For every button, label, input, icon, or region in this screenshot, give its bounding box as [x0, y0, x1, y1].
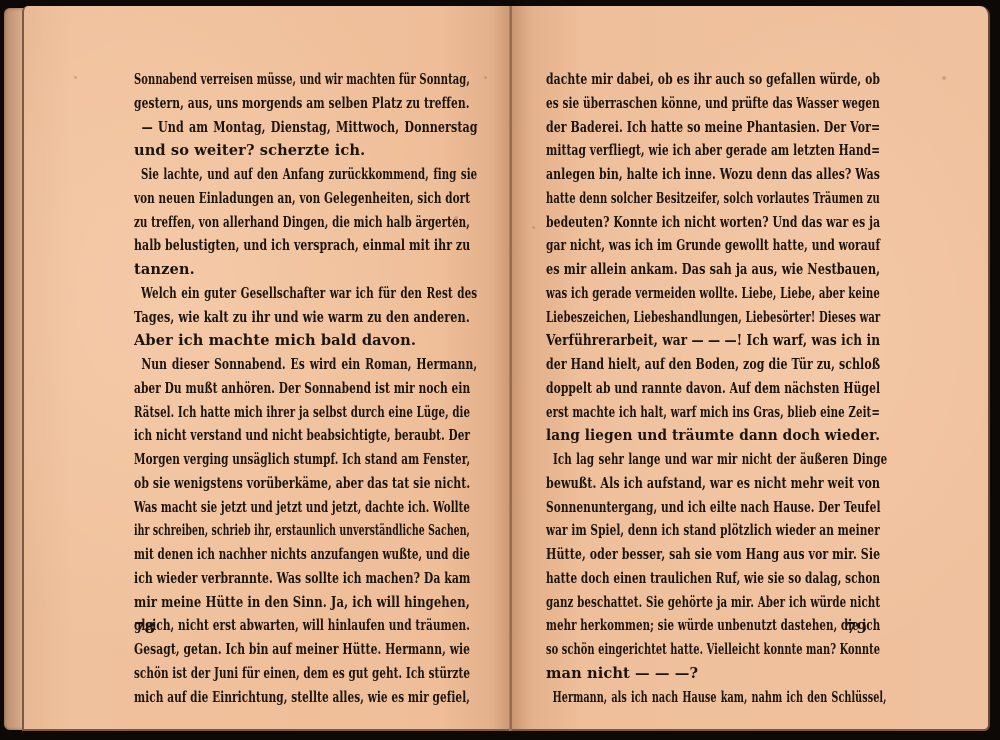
text-line: mehr herkommen; sie würde unbenutzt dast… — [546, 614, 880, 638]
text-line: ob sie wenigstens vorüberkäme, aber das … — [134, 472, 470, 496]
text-line: dachte mir dabei, ob es ihr auch so gefa… — [546, 68, 880, 92]
text-line: Verführerarbeit, war — — —! Ich warf, wa… — [546, 329, 880, 353]
text-line: mit denen ich nachher nichts anzufangen … — [134, 543, 470, 567]
text-line: Liebeszeichen, Liebeshandlungen, Liebesö… — [546, 306, 880, 330]
text-line: so schön eingerichtet hatte. Vielleicht … — [546, 638, 880, 662]
left-page: Sonnabend verreisen müsse, und wir macht… — [22, 6, 512, 731]
text-line: Nun dieser Sonnabend. Es wird ein Roman,… — [134, 353, 477, 377]
text-line: bedeuten? Konnte ich nicht worten? Und d… — [546, 211, 880, 235]
text-line: Sie lachte, und auf den Anfang zurückkom… — [134, 163, 477, 187]
text-line: Sonnabend verreisen müsse, und wir macht… — [134, 68, 470, 92]
text-line: hatte denn solcher Besitzeifer, solch vo… — [546, 187, 880, 211]
text-line: ich nicht verstand und nicht beabsichtig… — [134, 424, 470, 448]
text-line: es mir allein ankam. Das sah ja aus, wie… — [546, 258, 880, 282]
text-line: schön ist der Juni für einen, dem es gut… — [134, 662, 470, 686]
page-number-left: 78 — [134, 619, 155, 637]
text-line: anlegen bin, halte ich inne. Wozu denn d… — [546, 163, 880, 187]
text-line: Ich lag sehr lange und war mir nicht der… — [546, 448, 887, 472]
text-line: von neuen Einladungen an, von Gelegenhei… — [134, 187, 470, 211]
text-line: gleich, nicht erst abwarten, will hinlau… — [134, 614, 470, 638]
text-line: Hermann, als ich nach Hause kam, nahm ic… — [546, 686, 887, 710]
paper-stain — [484, 76, 487, 79]
text-line: Rätsel. Ich hatte mich ihrer ja selbst d… — [134, 401, 470, 425]
text-line: zu treffen, von allerhand Dingen, die mi… — [134, 211, 470, 235]
text-line: der Baderei. Ich hatte so meine Phantasi… — [546, 116, 880, 140]
text-line: lang liegen und träumte dann doch wieder… — [546, 424, 880, 448]
text-line: mich auf die Einrichtung, stellte alles,… — [134, 686, 470, 710]
text-line: hatte doch einen traulichen Ruf, wie sie… — [546, 567, 880, 591]
text-line: ihr schreiben, schrieb ihr, erstaunlich … — [134, 519, 470, 543]
text-line: Sonnenuntergang, und ich eilte nach Haus… — [546, 496, 880, 520]
text-line: ich wieder verbrannte. Was sollte ich ma… — [134, 567, 470, 591]
text-line: Welch ein guter Gesellschafter war ich f… — [134, 282, 477, 306]
right-page-text: dachte mir dabei, ob es ihr auch so gefa… — [546, 68, 880, 709]
text-line: Was macht sie jetzt und jetzt und jetzt,… — [134, 496, 470, 520]
text-line: man nicht — — —? — [546, 662, 880, 686]
text-line: was ich gerade vermeiden wollte. Liebe, … — [546, 282, 880, 306]
text-line: tanzen. — [134, 258, 470, 282]
text-line: Gesagt, getan. Ich bin auf meiner Hütte.… — [134, 638, 470, 662]
page-number-right: 79 — [846, 619, 867, 637]
left-page-text: Sonnabend verreisen müsse, und wir macht… — [134, 68, 470, 709]
text-line: Hütte, oder besser, sah sie vom Hang aus… — [546, 543, 880, 567]
text-line: doppelt ab und rannte davon. Auf dem näc… — [546, 377, 880, 401]
paper-stain — [532, 226, 535, 229]
right-page: dachte mir dabei, ob es ihr auch so gefa… — [512, 6, 990, 731]
paper-stain — [942, 76, 946, 80]
text-line: aber Du mußt anhören. Der Sonnabend ist … — [134, 377, 470, 401]
book-spread: Sonnabend verreisen müsse, und wir macht… — [0, 0, 1000, 740]
text-line: und so weiter? scherzte ich. — [134, 139, 470, 163]
text-line: halb belustigten, und ich versprach, ein… — [134, 234, 470, 258]
text-line: es sie überraschen könne, und prüfte das… — [546, 92, 880, 116]
text-line: Tages, wie kalt zu ihr und wie warm zu d… — [134, 306, 470, 330]
text-line: war im Spiel, denn ich stand plötzlich w… — [546, 519, 880, 543]
text-line: gestern, aus, uns morgends am selben Pla… — [134, 92, 470, 116]
text-line: Morgen verging unsäglich stumpf. Ich sta… — [134, 448, 470, 472]
text-line: erst machte ich halt, warf mich ins Gras… — [546, 401, 880, 425]
text-line: gar nicht, was ich im Grunde gewollt hat… — [546, 234, 880, 258]
paper-stain — [454, 216, 458, 220]
text-line: der Hand hielt, auf den Boden, zog die T… — [546, 353, 880, 377]
text-line: Aber ich machte mich bald davon. — [134, 329, 470, 353]
text-line: bewußt. Als ich aufstand, war es nicht m… — [546, 472, 880, 496]
paper-stain — [74, 76, 77, 79]
text-line: — Und am Montag, Dienstag, Mittwoch, Don… — [134, 116, 478, 140]
text-line: mir meine Hütte in den Sinn. Ja, ich wil… — [134, 591, 470, 615]
text-line: ganz beschattet. Sie gehörte ja mir. Abe… — [546, 591, 880, 615]
text-line: mittag verfliegt, wie ich aber gerade am… — [546, 139, 880, 163]
